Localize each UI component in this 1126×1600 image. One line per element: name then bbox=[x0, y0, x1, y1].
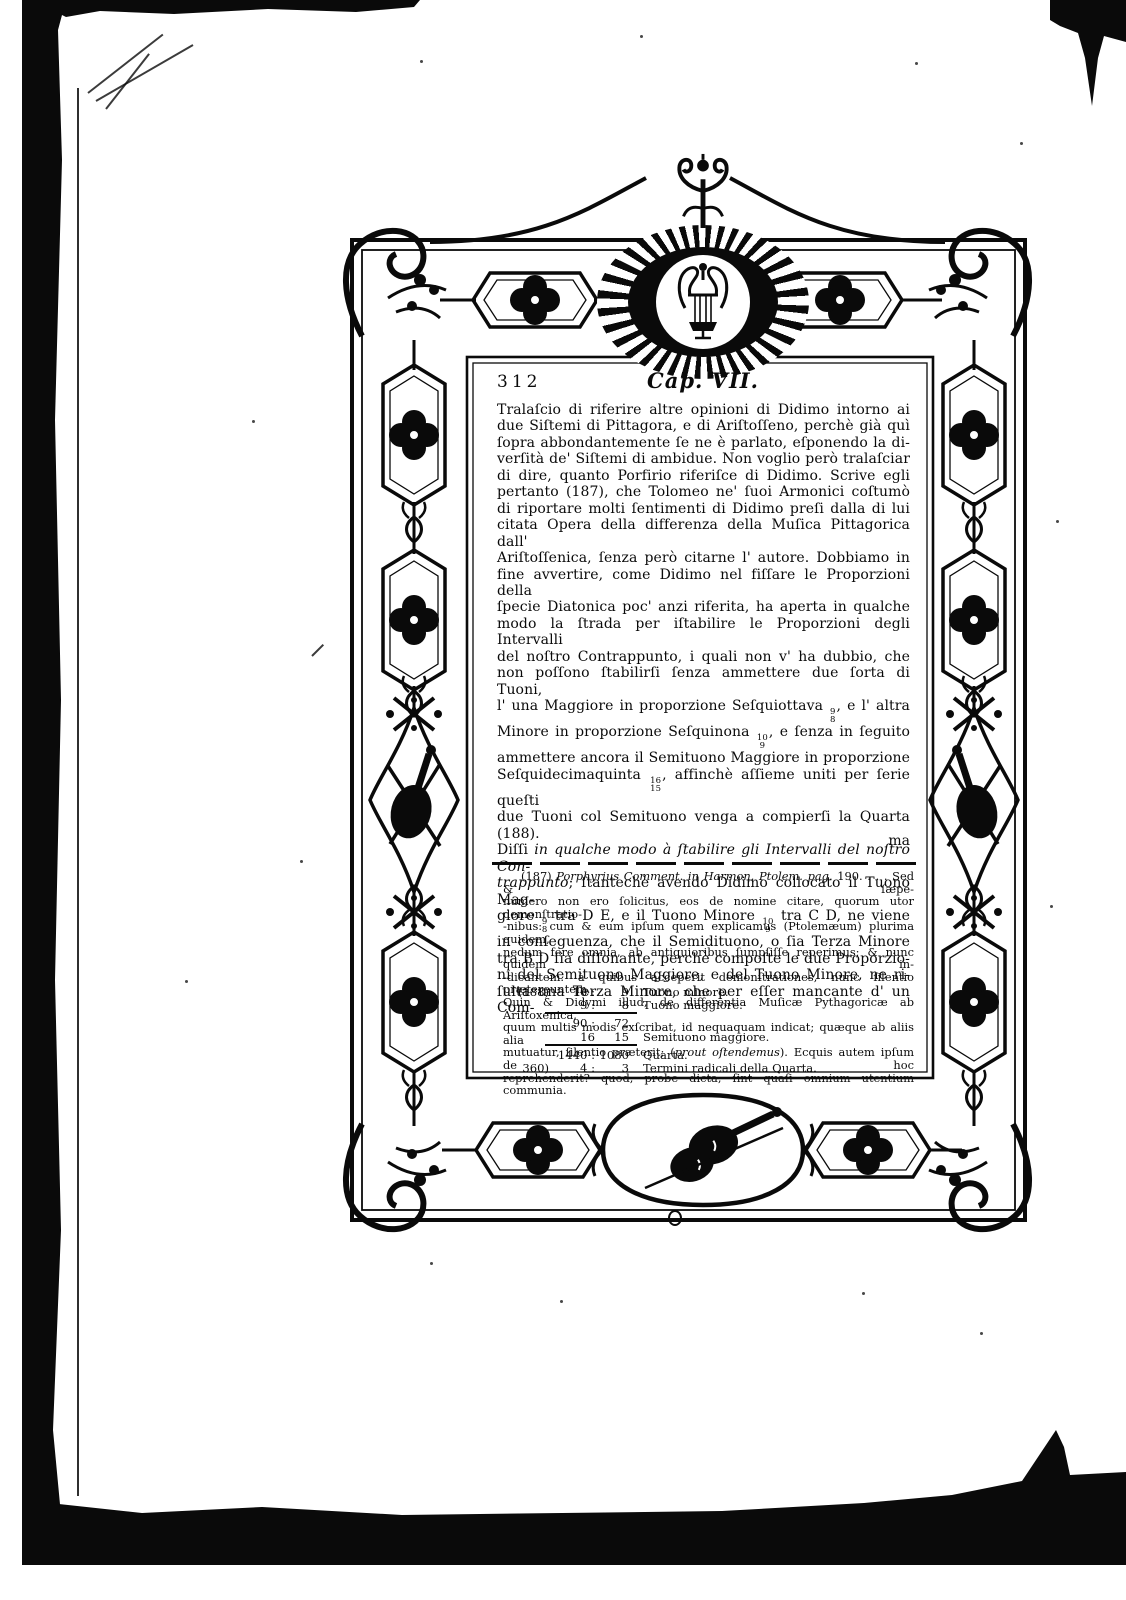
paper-speck bbox=[300, 860, 303, 863]
body-line: ammettere ancora il Semituono Maggiore i… bbox=[497, 750, 910, 766]
body-line: Ariſtoſſenica, ſenza però citarne l' aut… bbox=[497, 550, 910, 566]
body-line: di riportare molti ſentimenti di Didimo … bbox=[497, 501, 910, 517]
lute-icon bbox=[948, 745, 1003, 846]
paper-speck bbox=[640, 35, 643, 38]
binding-fold-line bbox=[77, 88, 79, 1496]
top-left-panel bbox=[473, 273, 597, 327]
paper-speck bbox=[915, 62, 918, 65]
footnote-line: -nibus: cum & eum ipſum quem explicamus … bbox=[503, 920, 914, 945]
quatrefoil-ornament bbox=[949, 595, 999, 645]
quatrefoil-ornament bbox=[389, 595, 439, 645]
quatrefoil-ornament bbox=[949, 410, 999, 460]
table-cell bbox=[505, 1031, 549, 1044]
scan-edge-top bbox=[56, 0, 420, 20]
paper-speck bbox=[560, 1300, 563, 1303]
lyre-icon bbox=[673, 260, 733, 344]
body-line: citata Opera della differenza della Muſi… bbox=[497, 517, 910, 550]
body-line: modo la ſtrada per iſtabilire le Proporz… bbox=[497, 616, 910, 649]
body-line: del noſtro Contrappunto, i quali non v' … bbox=[497, 649, 910, 665]
table-row: 9 :8Tuono maggiore. bbox=[505, 999, 905, 1012]
right-border-column bbox=[930, 365, 1018, 1110]
paper-speck bbox=[862, 1292, 865, 1295]
scratch-mark bbox=[311, 644, 324, 657]
book-page-scan: 312 Cap. VII. Tralaſcio di riferire altr… bbox=[0, 0, 1126, 1600]
table-cell: 90 : bbox=[549, 1017, 595, 1030]
body-line: non poſſono ſtabilirſi ſenza ammettere d… bbox=[497, 665, 910, 698]
violin-icon bbox=[645, 1107, 783, 1188]
page-number: 312 bbox=[497, 372, 541, 392]
paper-speck bbox=[252, 420, 255, 423]
paper-speck bbox=[185, 980, 188, 983]
body-line: di dire, quanto Porfirio riferiſce di Di… bbox=[497, 468, 910, 484]
chapter-heading: Cap. VII. bbox=[598, 368, 808, 393]
table-row: 1615Semituono maggiore. bbox=[505, 1031, 905, 1044]
left-border-column bbox=[370, 365, 458, 1110]
table-cell: Semituono maggiore. bbox=[629, 1031, 905, 1044]
table-cell bbox=[629, 1017, 905, 1030]
body-line: l' una Maggiore in proporzione Seſquiott… bbox=[497, 698, 910, 724]
acanthus-crest-ornament bbox=[663, 152, 743, 230]
table-cell: 15 bbox=[595, 1031, 629, 1044]
paper-speck bbox=[1056, 520, 1059, 523]
quatrefoil-ornament bbox=[510, 275, 560, 325]
body-line: Tralaſcio di riferire altre opinioni di … bbox=[497, 402, 910, 418]
corner-volute-ornament bbox=[346, 1124, 446, 1229]
scan-edge-top-right bbox=[1050, 0, 1126, 112]
paper-speck bbox=[1020, 142, 1023, 145]
table-cell: Termini radicali della Quarta. bbox=[629, 1062, 905, 1075]
table-cell: 9 : bbox=[549, 999, 595, 1012]
footnote-line: nedum fere omnia, ab antiquioribus ſumpſ… bbox=[503, 946, 914, 971]
catchword: ma bbox=[497, 833, 910, 849]
paper-speck bbox=[430, 1262, 433, 1265]
body-line: due Siſtemi di Pittagora, e di Ariſtoſſe… bbox=[497, 418, 910, 434]
table-cell: Tuono maggiore. bbox=[629, 999, 905, 1012]
scan-edge-bottom bbox=[22, 1430, 1126, 1565]
table-row: 90 :72 bbox=[505, 1017, 905, 1030]
table-cell: 4 : bbox=[549, 1062, 595, 1075]
footnote-separator bbox=[492, 862, 918, 865]
scan-edge-left bbox=[22, 0, 66, 1562]
quatrefoil-ornament bbox=[815, 275, 865, 325]
lute-icon bbox=[385, 745, 440, 846]
table-row: 360)4 :3Termini radicali della Quarta. bbox=[505, 1062, 905, 1075]
table-cell: 16 bbox=[549, 1031, 595, 1044]
paper-speck bbox=[420, 60, 423, 63]
stacked-fraction: 98 bbox=[830, 708, 836, 724]
corner-volute-ornament bbox=[929, 1124, 1029, 1229]
quatrefoil-ornament bbox=[389, 977, 439, 1027]
bottom-border-band bbox=[476, 1095, 930, 1205]
stacked-fraction: 1615 bbox=[650, 777, 661, 793]
body-line: ſpecie Diatonica poc' anzi riferita, ha … bbox=[497, 599, 910, 615]
corner-volute-ornament bbox=[346, 231, 446, 336]
paper-speck bbox=[980, 1332, 983, 1335]
quatrefoil-ornament bbox=[513, 1125, 563, 1175]
quatrefoil-ornament bbox=[843, 1125, 893, 1175]
body-line: Minore in proporzione Seſquinona 109, e … bbox=[497, 724, 910, 750]
table-cell bbox=[505, 1017, 549, 1030]
body-line: fine avvertire, come Didimo nel fiſſare … bbox=[497, 567, 910, 600]
table-cell: (188) bbox=[505, 986, 549, 999]
footnote-line: (187) Porphyrius Comment. in Harmon. Pto… bbox=[503, 870, 914, 895]
body-line: Seſquidecimaquinta 1615, affinchè aſſiem… bbox=[497, 767, 910, 810]
body-line: ſopra abbondantemente ſe ne è parlato, e… bbox=[497, 435, 910, 451]
quatrefoil-ornament bbox=[389, 410, 439, 460]
stacked-fraction: 109 bbox=[757, 734, 768, 750]
quatrefoil-ornament bbox=[949, 977, 999, 1027]
footnote-line: numero non ero ſolicitus, eos de nomine … bbox=[503, 895, 914, 920]
table-cell: 3 bbox=[595, 1062, 629, 1075]
table-cell: 360) bbox=[505, 1062, 549, 1075]
ratio-table: (188)10 :9Tuono minore.9 :8Tuono maggior… bbox=[505, 986, 905, 1075]
table-cell: 8 bbox=[595, 999, 629, 1012]
body-line: verſità de' Siſtemi di ambidue. Non vogl… bbox=[497, 451, 910, 467]
paper-speck bbox=[1050, 905, 1053, 908]
corner-volute-ornament bbox=[929, 231, 1029, 336]
footnote-line: reprehenderit? quod, probe dicta, ſint q… bbox=[503, 1072, 914, 1097]
table-cell: 72 bbox=[595, 1017, 629, 1030]
table-cell bbox=[505, 999, 549, 1012]
body-line: pertanto (187), che Tolomeo ne' ſuoi Arm… bbox=[497, 484, 910, 500]
